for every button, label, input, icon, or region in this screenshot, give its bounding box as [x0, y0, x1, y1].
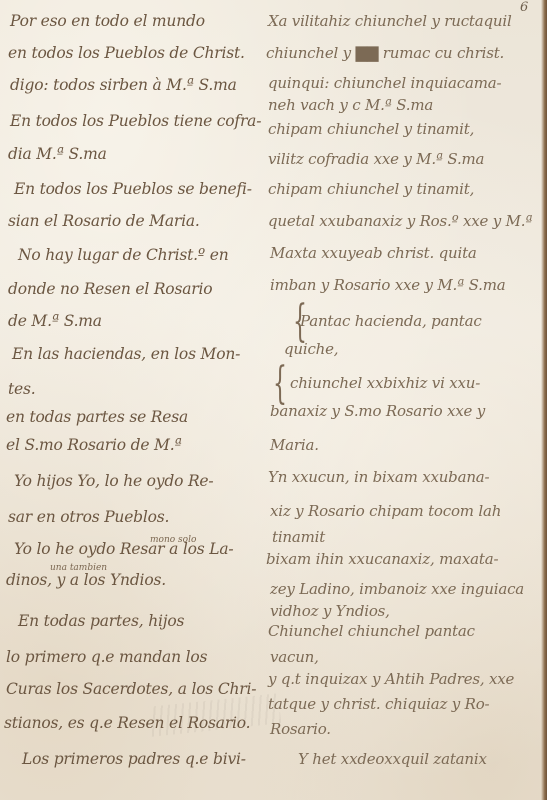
- kiche-line: quetal xxubanaxiz y Ros.º xxe y M.ª: [268, 212, 532, 230]
- spanish-line: dinos, y a los Yndios.: [6, 571, 166, 589]
- spanish-line: En todas partes, hijos: [18, 612, 184, 630]
- kiche-line: quinqui: chiunchel inquiacama-: [268, 74, 501, 92]
- kiche-line: imban y Rosario xxe y M.ª S.ma: [270, 276, 505, 294]
- kiche-line: xiz y Rosario chipam tocom lah: [270, 502, 501, 520]
- spanish-line: donde no Resen el Rosario: [8, 280, 212, 298]
- spanish-line: sian el Rosario de Maria.: [8, 212, 200, 230]
- kiche-line: vidhoz y Yndios,: [270, 602, 390, 620]
- kiche-line: vacun,: [270, 648, 319, 666]
- spanish-line: stianos, es q.e Resen el Rosario.: [4, 714, 250, 732]
- page-number: 6: [520, 0, 528, 15]
- spanish-line: digo: todos sirben à M.ª S.ma: [10, 76, 237, 94]
- interlinear-note: una tambien: [50, 563, 107, 573]
- spanish-line: Curas los Sacerdotes, a los Chri-: [6, 680, 256, 698]
- kiche-line: tinamit: [272, 528, 325, 546]
- spanish-line: En todos los Pueblos tiene cofra-: [10, 112, 261, 130]
- kiche-line: zey Ladino, imbanoiz xxe inguiaca: [270, 580, 524, 598]
- spanish-line: de M.ª S.ma: [8, 312, 102, 330]
- spanish-line: en todos los Pueblos de Christ.: [8, 44, 245, 62]
- kiche-line: Y het xxdeoxxquil zatanix: [298, 750, 487, 768]
- kiche-line: Chiunchel chiunchel pantac: [268, 622, 475, 640]
- spanish-line: Por eso en todo el mundo: [10, 12, 205, 30]
- page-edge: [541, 0, 547, 800]
- spanish-line: Los primeros padres q.e bivi-: [22, 750, 246, 768]
- kiche-line: chipam chiunchel y tinamit,: [268, 180, 474, 198]
- kiche-line: Rosario.: [270, 720, 331, 738]
- spanish-line: sar en otros Pueblos.: [8, 508, 169, 526]
- curly-brace-icon: {: [273, 362, 287, 406]
- spanish-line: en todas partes se Resa: [6, 408, 188, 426]
- curly-brace-icon: {: [293, 300, 307, 344]
- spanish-line: tes.: [8, 380, 35, 398]
- spanish-line: Yo lo he oydo Resar a los La-: [14, 540, 233, 558]
- kiche-line: Xa vilitahiz chiunchel y ructaquil: [268, 12, 512, 30]
- kiche-line: chiunchel xxbixhiz vi xxu-: [290, 374, 480, 392]
- spanish-line: el S.mo Rosario de M.ª: [6, 436, 182, 454]
- kiche-line: Maxta xxuyeab christ. quita: [270, 244, 477, 262]
- spanish-line: En todos los Pueblos se benefi-: [14, 180, 252, 198]
- kiche-line: Yn xxucun, in bixam xxubana-: [268, 468, 489, 486]
- kiche-line: Maria.: [270, 436, 319, 454]
- spanish-line: No hay lugar de Christ.º en: [18, 246, 228, 264]
- kiche-line: chipam chiunchel y tinamit,: [268, 120, 474, 138]
- kiche-line: vilitz cofradia xxe y M.ª S.ma: [268, 150, 484, 168]
- spanish-line: Yo hijos Yo, lo he oydo Re-: [14, 472, 213, 490]
- manuscript-page: 6 Por eso en todo el mundoen todos los P…: [0, 0, 547, 800]
- kiche-line: y q.t inquizax y Ahtih Padres, xxe: [268, 670, 514, 688]
- spanish-line: En las haciendas, en los Mon-: [12, 345, 240, 363]
- spanish-line: dia M.ª S.ma: [8, 145, 107, 163]
- kiche-line: bixam ihin xxucanaxiz, maxata-: [266, 550, 498, 568]
- spanish-line: lo primero q.e mandan los: [6, 648, 207, 666]
- kiche-line: tatque y christ. chiquiaz y Ro-: [268, 695, 489, 713]
- kiche-line: neh vach y c M.ª S.ma: [268, 96, 433, 114]
- kiche-line: Pantac hacienda, pantac: [300, 312, 482, 330]
- kiche-line: banaxiz y S.mo Rosario xxe y: [270, 402, 485, 420]
- kiche-line: chiunchel y ▇▇ rumac cu christ.: [266, 44, 504, 62]
- interlinear-note: mono solo: [150, 535, 196, 545]
